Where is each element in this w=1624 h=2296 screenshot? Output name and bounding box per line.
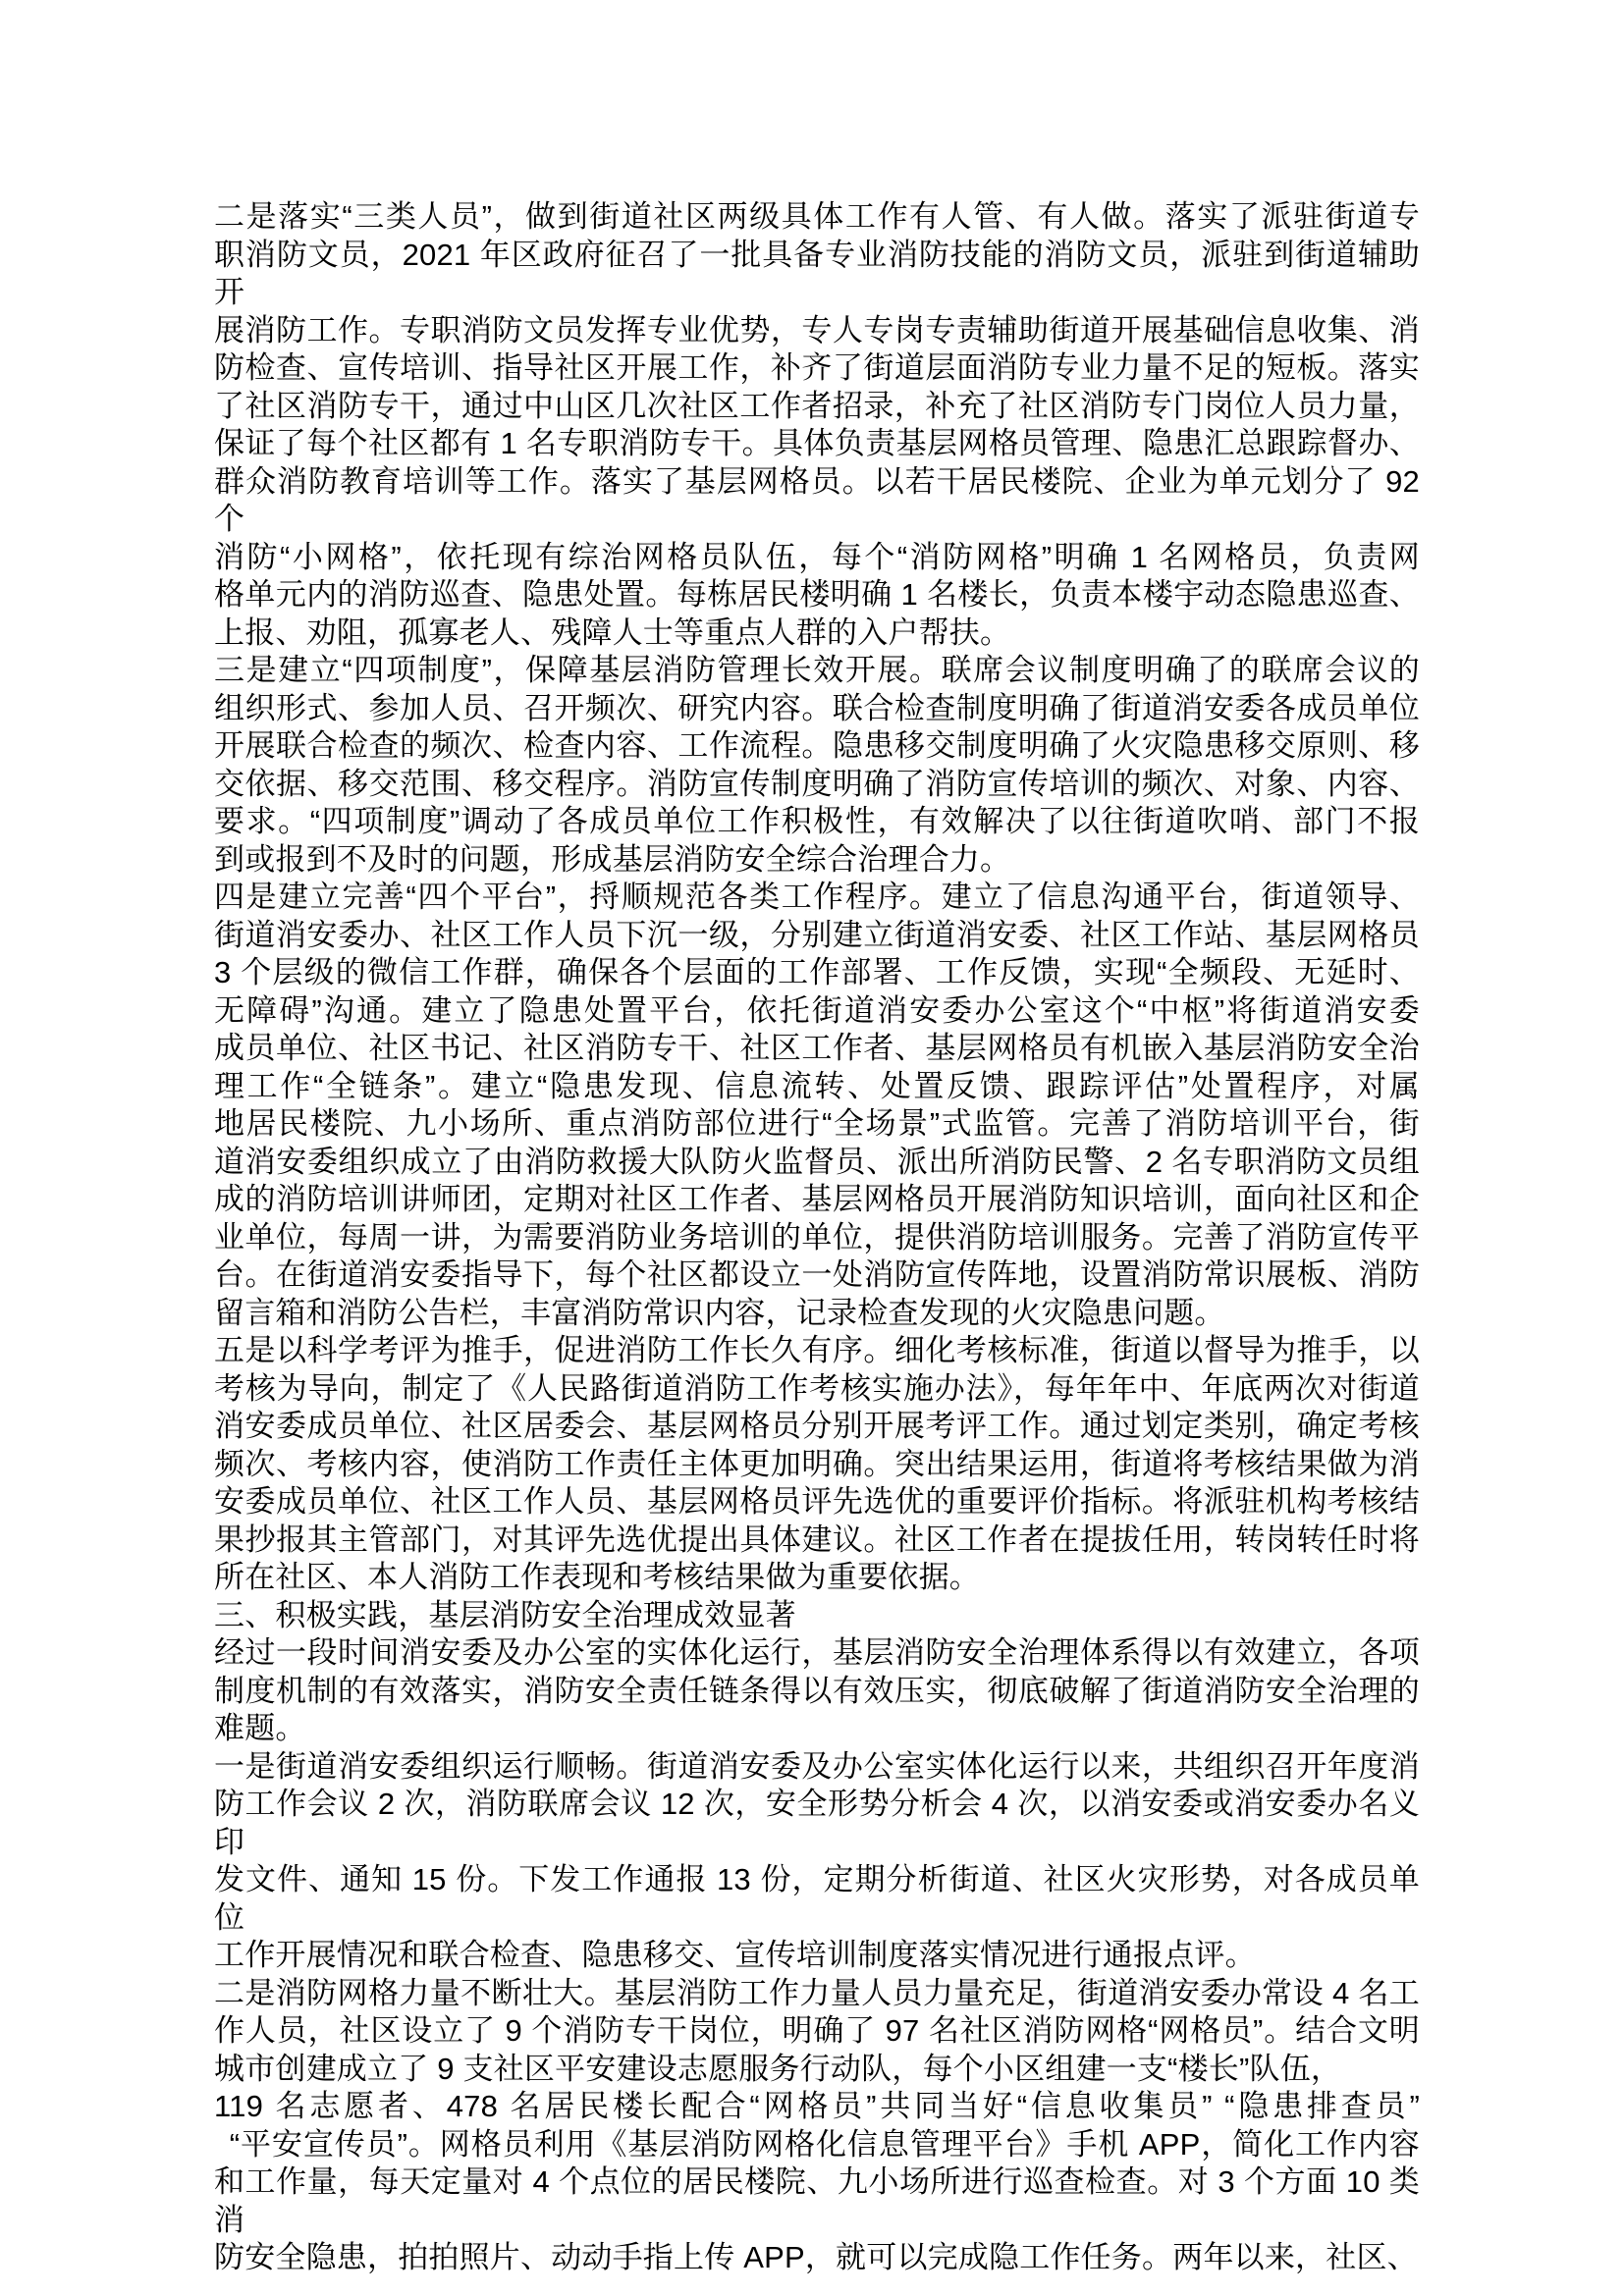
text-line: 二是落实“三类人员”，做到街道社区两级具体工作有人管、有人做。落实了派驻街道专 [214, 198, 1420, 237]
text-line: 安委成员单位、社区工作人员、基层网格员评先选优的重要评价指标。将派驻机构考核结 [214, 1483, 1420, 1522]
text-line: 发文件、通知 15 份。下发工作通报 13 份，定期分析街道、社区火灾形势，对各… [214, 1861, 1420, 1937]
text-line: 交依据、移交范围、移交程序。消防宣传制度明确了消防宣传培训的频次、对象、内容、 [214, 766, 1420, 804]
text-line: 保证了每个社区都有 1 名专职消防专干。具体负责基层网格员管理、隐患汇总跟踪督办… [214, 425, 1420, 463]
text-line: 三、积极实践，基层消防安全治理成效显著 [214, 1597, 1420, 1635]
text-line: 四是建立完善“四个平台”，捋顺规范各类工作程序。建立了信息沟通平台，街道领导、 [214, 879, 1420, 917]
text-line: 组织形式、参加人员、召开频次、研究内容。联合检查制度明确了街道消安委各成员单位 [214, 690, 1420, 728]
text-line: 一是街道消安委组织运行顺畅。街道消安委及办公室实体化运行以来，共组织召开年度消 [214, 1748, 1420, 1787]
text-line: 格单元内的消防巡查、隐患处置。每栋居民楼明确 1 名楼长，负责本楼宇动态隐患巡查… [214, 576, 1420, 614]
text-line: 3 个层级的微信工作群，确保各个层面的工作部署、工作反馈，实现“全频段、无延时、 [214, 954, 1420, 992]
text-line: 难题。 [214, 1710, 1420, 1748]
text-line: 成的消防培训讲师团，定期对社区工作者、基层网格员开展消防知识培训，面向社区和企 [214, 1181, 1420, 1219]
text-line: “平安宣传员”。网格员利用《基层消防网格化信息管理平台》手机 APP，简化工作内… [214, 2126, 1420, 2164]
text-line: 展消防工作。专职消防文员发挥专业优势，专人专岗专责辅助街道开展基础信息收集、消 [214, 312, 1420, 350]
text-line: 防检查、宣传培训、指导社区开展工作，补齐了街道层面消防专业力量不足的短板。落实 [214, 349, 1420, 388]
text-line: 防安全隐患，拍拍照片、动动手指上传 APP，就可以完成隐工作任务。两年以来，社区… [214, 2239, 1420, 2277]
text-line: 119 名志愿者、478 名居民楼长配合“网格员”共同当好“信息收集员” “隐患… [214, 2088, 1420, 2126]
text-line: 到或报到不及时的问题，形成基层消防安全综合治理合力。 [214, 841, 1420, 880]
text-line: 理工作“全链条”。建立“隐患发现、信息流转、处置反馈、跟踪评估”处置程序，对属 [214, 1068, 1420, 1106]
text-line: 五是以科学考评为推手，促进消防工作长久有序。细化考核标准，街道以督导为推手，以 [214, 1332, 1420, 1370]
text-line: 果抄报其主管部门，对其评先选优提出具体建议。社区工作者在提拔任用，转岗转任时将 [214, 1522, 1420, 1560]
text-line: 开展联合检查的频次、检查内容、工作流程。隐患移交制度明确了火灾隐患移交原则、移 [214, 727, 1420, 766]
text-line: 工作开展情况和联合检查、隐患移交、宣传培训制度落实情况进行通报点评。 [214, 1937, 1420, 1975]
text-line: 考核为导向，制定了《人民路街道消防工作考核实施办法》，每年年中、年底两次对街道 [214, 1370, 1420, 1409]
text-line: 二是消防网格力量不断壮大。基层消防工作力量人员力量充足，街道消安委办常设 4 名… [214, 1975, 1420, 2013]
text-line: 频次、考核内容，使消防工作责任主体更加明确。突出结果运用，街道将考核结果做为消 [214, 1446, 1420, 1484]
text-line: 消安委成员单位、社区居委会、基层网格员分别开展考评工作。通过划定类别，确定考核 [214, 1408, 1420, 1446]
text-line: 所在社区、本人消防工作表现和考核结果做为重要依据。 [214, 1559, 1420, 1597]
text-line: 要求。“四项制度”调动了各成员单位工作积极性，有效解决了以往街道吹哨、部门不报 [214, 803, 1420, 841]
text-line: 制度机制的有效落实，消防安全责任链条得以有效压实，彻底破解了街道消防安全治理的 [214, 1673, 1420, 1711]
document-page: 二是落实“三类人员”，做到街道社区两级具体工作有人管、有人做。落实了派驻街道专职… [0, 0, 1624, 2296]
document-body: 二是落实“三类人员”，做到街道社区两级具体工作有人管、有人做。落实了派驻街道专职… [214, 198, 1420, 2277]
text-line: 留言箱和消防公告栏，丰富消防常识内容，记录检查发现的火灾隐患问题。 [214, 1295, 1420, 1333]
text-line: 职消防文员，2021 年区政府征召了一批具备专业消防技能的消防文员，派驻到街道辅… [214, 237, 1420, 312]
text-line: 地居民楼院、九小场所、重点消防部位进行“全场景”式监管。完善了消防培训平台，街 [214, 1105, 1420, 1144]
text-line: 业单位，每周一讲，为需要消防业务培训的单位，提供消防培训服务。完善了消防宣传平 [214, 1219, 1420, 1257]
text-line: 街道消安委办、社区工作人员下沉一级，分别建立街道消安委、社区工作站、基层网格员 [214, 917, 1420, 955]
text-line: 台。在街道消安委指导下，每个社区都设立一处消防宣传阵地，设置消防常识展板、消防 [214, 1256, 1420, 1295]
text-line: 上报、劝阻，孤寡老人、残障人士等重点人群的入户帮扶。 [214, 614, 1420, 653]
text-line: 防工作会议 2 次，消防联席会议 12 次，安全形势分析会 4 次，以消安委或消… [214, 1786, 1420, 1861]
text-line: 经过一段时间消安委及办公室的实体化运行，基层消防安全治理体系得以有效建立，各项 [214, 1634, 1420, 1673]
text-line: 成员单位、社区书记、社区消防专干、社区工作者、基层网格员有机嵌入基层消防安全治 [214, 1030, 1420, 1068]
text-line: 作人员，社区设立了 9 个消防专干岗位，明确了 97 名社区消防网格“网格员”。… [214, 2012, 1420, 2051]
text-line: 群众消防教育培训等工作。落实了基层网格员。以若干居民楼院、企业为单元划分了 92… [214, 463, 1420, 539]
text-line: 城市创建成立了 9 支社区平安建设志愿服务行动队，每个小区组建一支“楼长”队伍， [214, 2051, 1420, 2089]
text-line: 和工作量，每天定量对 4 个点位的居民楼院、九小场所进行巡查检查。对 3 个方面… [214, 2163, 1420, 2239]
text-line: 三是建立“四项制度”，保障基层消防管理长效开展。联席会议制度明确了的联席会议的 [214, 652, 1420, 690]
text-line: 无障碍”沟通。建立了隐患处置平台，依托街道消安委办公室这个“中枢”将街道消安委 [214, 992, 1420, 1031]
text-line: 道消安委组织成立了由消防救援大队防火监督员、派出所消防民警、2 名专职消防文员组 [214, 1144, 1420, 1182]
text-line: 了社区消防专干，通过中山区几次社区工作者招录，补充了社区消防专门岗位人员力量， [214, 388, 1420, 426]
text-line: 消防“小网格”，依托现有综治网格员队伍，每个“消防网格”明确 1 名网格员，负责… [214, 539, 1420, 577]
